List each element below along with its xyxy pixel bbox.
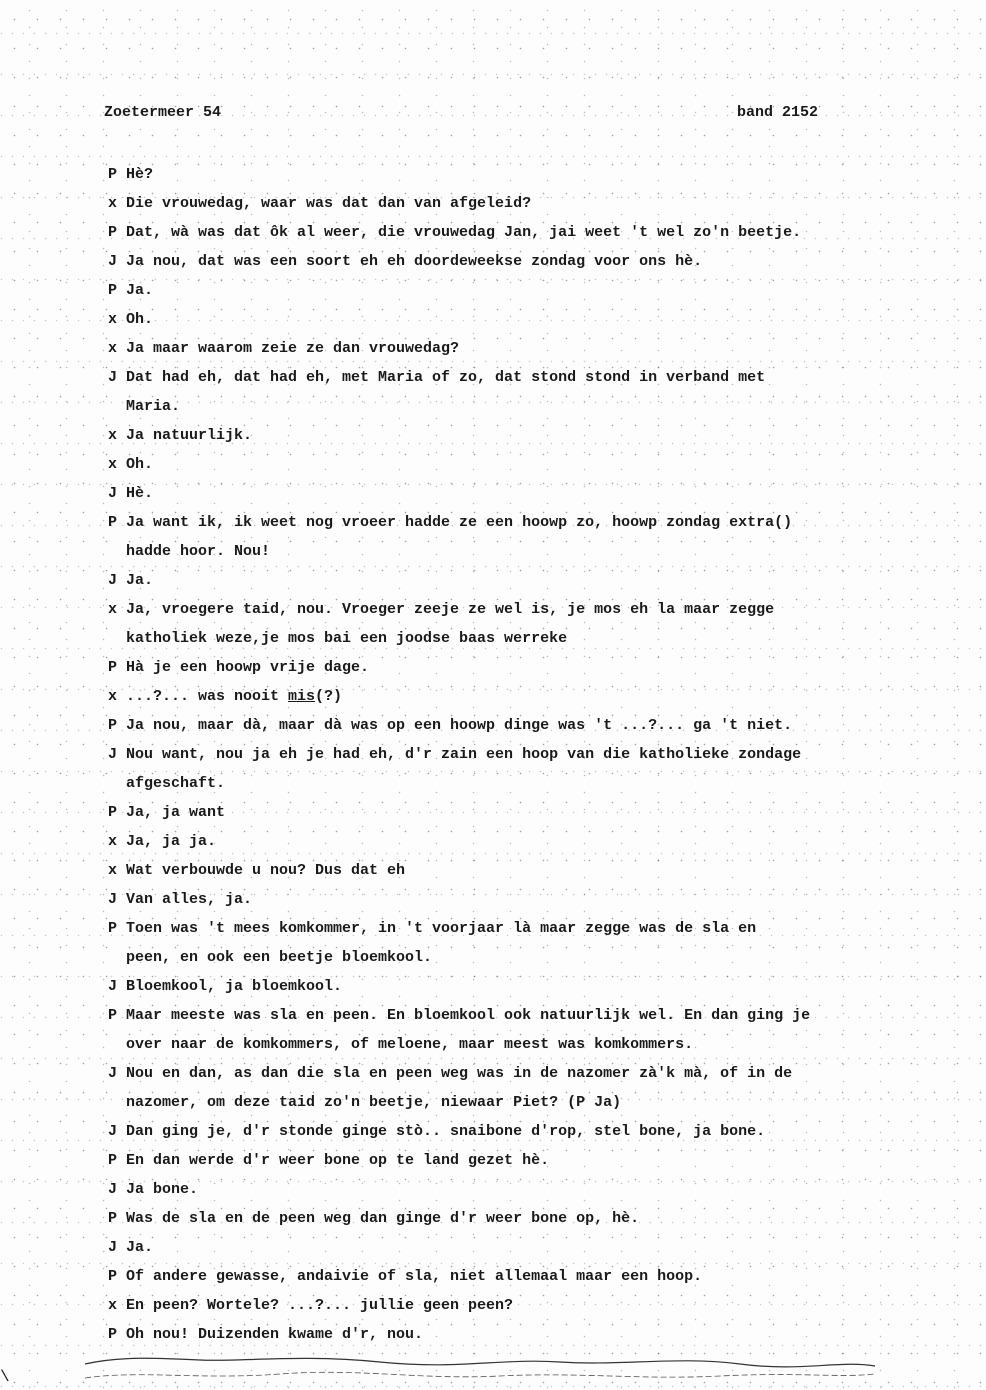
speaker-label: x — [108, 189, 126, 218]
transcript-line: PJa, ja want — [108, 798, 888, 827]
transcript-line: xOh. — [108, 305, 888, 334]
speaker-label: P — [108, 914, 126, 943]
transcript-continuation: katholiek weze,je mos bai een joodse baa… — [108, 624, 888, 653]
transcript-continuation: peen, en ook een beetje bloemkool. — [108, 943, 888, 972]
speaker-label: x — [108, 827, 126, 856]
utterance-text: En dan werde d'r weer bone op te land ge… — [126, 1152, 549, 1169]
speaker-label: x — [108, 856, 126, 885]
utterance-text: Oh nou! Duizenden kwame d'r, nou. — [126, 1326, 423, 1343]
speaker-label: x — [108, 595, 126, 624]
torn-edge-line — [80, 1352, 880, 1382]
speaker-label: J — [108, 740, 126, 769]
transcript-line: PHè? — [108, 160, 888, 189]
utterance-text: Oh. — [126, 311, 153, 328]
utterance-text: Die vrouwedag, waar was dat dan van afge… — [126, 195, 531, 212]
transcript-line: JNou en dan, as dan die sla en peen weg … — [108, 1059, 888, 1088]
speaker-label: x — [108, 450, 126, 479]
transcript-line: PWas de sla en de peen weg dan ginge d'r… — [108, 1204, 888, 1233]
speaker-label: P — [108, 1262, 126, 1291]
utterance-text: Nou want, nou ja eh je had eh, d'r zain … — [126, 746, 801, 763]
transcript-line: PJa nou, maar dà, maar dà was op een hoo… — [108, 711, 888, 740]
transcript-line: JJa nou, dat was een soort eh eh doordew… — [108, 247, 888, 276]
speaker-label: x — [108, 682, 126, 711]
utterance-text: Ja nou, maar dà, maar dà was op een hoow… — [126, 717, 792, 734]
transcript-continuation: over naar de komkommers, of meloene, maa… — [108, 1030, 888, 1059]
transcript-line: JJa bone. — [108, 1175, 888, 1204]
speaker-label: J — [108, 566, 126, 595]
utterance-text: Dat, wà was dat ôk al weer, die vrouweda… — [126, 224, 801, 241]
utterance-text: Hà je een hoowp vrije dage. — [126, 659, 369, 676]
utterance-text: Ja. — [126, 572, 153, 589]
transcript-continuation: nazomer, om deze taid zo'n beetje, niewa… — [108, 1088, 888, 1117]
transcript-line: xJa maar waarom zeie ze dan vrouwedag? — [108, 334, 888, 363]
transcript-line: xWat verbouwde u nou? Dus dat eh — [108, 856, 888, 885]
speaker-label: J — [108, 479, 126, 508]
utterance-text: Ja. — [126, 282, 153, 299]
utterance-text: ...?... was nooit — [126, 688, 288, 705]
speaker-label: x — [108, 1291, 126, 1320]
utterance-text: Ja natuurlijk. — [126, 427, 252, 444]
utterance-text: Van alles, ja. — [126, 891, 252, 908]
transcript-line: JJa. — [108, 566, 888, 595]
utterance-text: Ja, vroegere taid, nou. Vroeger zeeje ze… — [126, 601, 774, 618]
speaker-label: P — [108, 218, 126, 247]
speaker-label: P — [108, 1001, 126, 1030]
utterance-text: Ja, ja ja. — [126, 833, 216, 850]
transcript-line: JDan ging je, d'r stonde ginge stò.. sna… — [108, 1117, 888, 1146]
utterance-text: Hè? — [126, 166, 153, 183]
transcript-line: xEn peen? Wortele? ...?... jullie geen p… — [108, 1291, 888, 1320]
transcript-line: xJa, ja ja. — [108, 827, 888, 856]
transcript-line: JBloemkool, ja bloemkool. — [108, 972, 888, 1001]
transcript-line: x...?... was nooit mis(?) — [108, 682, 888, 711]
transcript-line: PJa. — [108, 276, 888, 305]
utterance-text: Bloemkool, ja bloemkool. — [126, 978, 342, 995]
speaker-label: P — [108, 1146, 126, 1175]
speaker-label: P — [108, 653, 126, 682]
transcript-line: JVan alles, ja. — [108, 885, 888, 914]
transcript-line: POh nou! Duizenden kwame d'r, nou. — [108, 1320, 888, 1349]
speaker-label: P — [108, 798, 126, 827]
transcript-line: PDat, wà was dat ôk al weer, die vrouwed… — [108, 218, 888, 247]
transcript-line: JHè. — [108, 479, 888, 508]
utterance-text: Ja bone. — [126, 1181, 198, 1198]
utterance-text: Of andere gewasse, andaivie of sla, niet… — [126, 1268, 702, 1285]
utterance-text: Ja want ik, ik weet nog vroeer hadde ze … — [126, 514, 792, 531]
utterance-text: Ja. — [126, 1239, 153, 1256]
transcript-line: xOh. — [108, 450, 888, 479]
speaker-label: P — [108, 508, 126, 537]
transcript-line: PEn dan werde d'r weer bone op te land g… — [108, 1146, 888, 1175]
speaker-label: x — [108, 334, 126, 363]
utterance-text: Dat had eh, dat had eh, met Maria of zo,… — [126, 369, 765, 386]
utterance-text: Maar meeste was sla en peen. En bloemkoo… — [126, 1007, 810, 1024]
tape-number: band 2152 — [737, 104, 818, 121]
speaker-label: J — [108, 1233, 126, 1262]
speaker-label: J — [108, 1117, 126, 1146]
utterance-text: Ja, ja want — [126, 804, 225, 821]
typewritten-page: Zoetermeer 54 band 2152 PHè?xDie vrouwed… — [0, 0, 986, 1390]
transcript-line: PToen was 't mees komkommer, in 't voorj… — [108, 914, 888, 943]
transcript-line: xDie vrouwedag, waar was dat dan van afg… — [108, 189, 888, 218]
corner-mark: \ — [0, 1368, 10, 1386]
transcript-line: PHà je een hoowp vrije dage. — [108, 653, 888, 682]
transcript-line: PMaar meeste was sla en peen. En bloemko… — [108, 1001, 888, 1030]
speaker-label: J — [108, 885, 126, 914]
transcript-body: PHè?xDie vrouwedag, waar was dat dan van… — [108, 160, 888, 1349]
utterance-text: Was de sla en de peen weg dan ginge d'r … — [126, 1210, 639, 1227]
utterance-suffix: (?) — [315, 688, 342, 705]
utterance-text: Nou en dan, as dan die sla en peen weg w… — [126, 1065, 792, 1082]
speaker-label: J — [108, 363, 126, 392]
speaker-label: J — [108, 1059, 126, 1088]
utterance-text: Wat verbouwde u nou? Dus dat eh — [126, 862, 405, 879]
speaker-label: x — [108, 305, 126, 334]
transcript-line: POf andere gewasse, andaivie of sla, nie… — [108, 1262, 888, 1291]
utterance-text: Toen was 't mees komkommer, in 't voorja… — [126, 920, 756, 937]
transcript-line: PJa want ik, ik weet nog vroeer hadde ze… — [108, 508, 888, 537]
utterance-text: Oh. — [126, 456, 153, 473]
location-label: Zoetermeer 54 — [104, 104, 221, 121]
speaker-label: P — [108, 276, 126, 305]
transcript-line: JDat had eh, dat had eh, met Maria of zo… — [108, 363, 888, 392]
transcript-line: xJa natuurlijk. — [108, 421, 888, 450]
utterance-text: Ja nou, dat was een soort eh eh doordewe… — [126, 253, 702, 270]
underlined-word: mis — [288, 688, 315, 705]
transcript-continuation: hadde hoor. Nou! — [108, 537, 888, 566]
transcript-continuation: afgeschaft. — [108, 769, 888, 798]
speaker-label: P — [108, 1320, 126, 1349]
utterance-text: Hè. — [126, 485, 153, 502]
transcript-line: xJa, vroegere taid, nou. Vroeger zeeje z… — [108, 595, 888, 624]
utterance-text: Ja maar waarom zeie ze dan vrouwedag? — [126, 340, 459, 357]
speaker-label: P — [108, 160, 126, 189]
transcript-line: JNou want, nou ja eh je had eh, d'r zain… — [108, 740, 888, 769]
speaker-label: J — [108, 1175, 126, 1204]
speaker-label: P — [108, 1204, 126, 1233]
speaker-label: x — [108, 421, 126, 450]
transcript-continuation: Maria. — [108, 392, 888, 421]
speaker-label: J — [108, 972, 126, 1001]
transcript-line: JJa. — [108, 1233, 888, 1262]
utterance-text: En peen? Wortele? ...?... jullie geen pe… — [126, 1297, 513, 1314]
utterance-text: Dan ging je, d'r stonde ginge stò.. snai… — [126, 1123, 765, 1140]
speaker-label: P — [108, 711, 126, 740]
speaker-label: J — [108, 247, 126, 276]
